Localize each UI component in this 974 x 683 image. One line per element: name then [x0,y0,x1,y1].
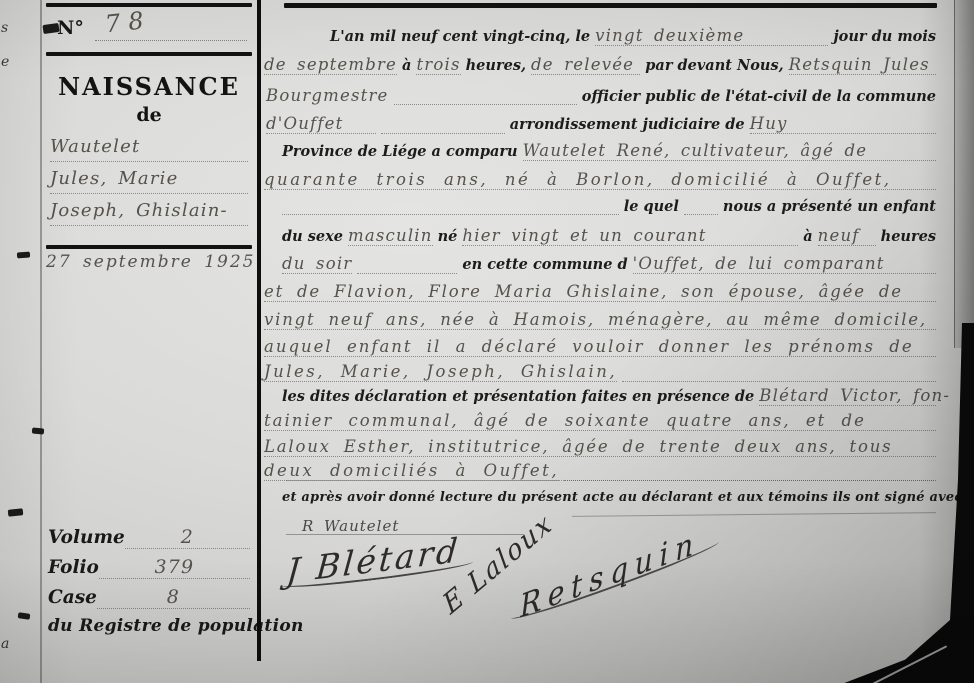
handwritten-entry: Retsquin Jules [789,55,936,75]
signature-rule [572,512,936,517]
act-line: les dites déclaration et présentation fa… [282,386,936,406]
printed-text: en cette commune d [462,256,627,273]
act-line: auquel enfant il a déclaré vouloir donne… [264,337,936,357]
fill-line [286,480,934,481]
fill-line [684,210,718,215]
act-line: Laloux Esther, institutrice, âgée de tre… [264,437,936,457]
birth-record-scan: s e a N° 78 NAISSANCE de Wautelet Jules,… [0,0,974,683]
case-value: 8 [97,586,250,609]
act-line: du soir en cette commune d 'Ouffet, de l… [282,254,936,274]
child-forenames-1: Jules, Marie [50,168,248,194]
fill-line [394,100,577,105]
handwritten-entry: d'Ouffet [266,114,376,134]
act-type-subtitle: de [46,104,252,126]
act-line: Bourgmestre officier public de l'état-ci… [266,86,936,105]
registry-folio-row: Folio 379 [48,556,250,579]
handwritten-entry: 'Ouffet, de lui comparant [633,254,936,274]
printed-text: les dites déclaration et présentation fa… [282,388,754,405]
fill-line [357,269,457,274]
printed-text: L'an mil neuf cent vingt-cinq, le [330,28,590,45]
act-type-title: NAISSANCE [46,72,252,101]
printed-text: heures, [466,57,526,74]
fill-line [282,210,619,215]
declarant-signature: R Wautelet [302,517,399,535]
handwritten-entry: Wautelet René, cultivateur, âgé de [523,141,936,161]
act-line: vingt neuf ans, née à Hamois, ménagère, … [264,310,936,330]
act-line: d'Ouffet arrondissement judiciaire de Hu… [266,114,936,134]
handwritten-entry: neuf [818,226,876,246]
edge-text-fragment: e [1,54,9,70]
registry-footer: du Registre de population [48,616,304,636]
handwritten-entry: du soir [282,254,352,274]
act-line: Jules, Marie, Joseph, Ghislain, [264,362,936,382]
margin-rule-under-number [46,52,252,56]
act-line: et de Flavion, Flore Maria Ghislaine, so… [264,282,936,302]
act-line: tainier communal, âgé de soixante quatre… [264,411,936,431]
margin-rule-under-names [46,245,252,249]
record-number-value: 78 [104,6,153,39]
handwritten-entry: Blétard Victor, fon- [759,386,936,406]
handwritten-entry: trois [416,55,460,75]
handwritten-entry: tainier communal, âgé de soixante quatre… [264,411,936,431]
binding-stitch-mark [32,427,45,434]
child-forenames-2: Joseph, Ghislain- [50,200,248,226]
act-line: et après avoir donné lecture du présent … [282,490,936,505]
edge-text-fragment: a [1,636,9,652]
handwritten-entry: Huy [750,114,936,134]
handwritten-entry: vingt neuf ans, née à Hamois, ménagère, … [264,310,936,330]
registry-case-row: Case 8 [48,586,250,609]
act-line: quarante trois ans, né à Borlon, domicil… [264,170,936,190]
act-line: du sexe masculin né hier vingt et un cou… [282,226,936,246]
edge-text-fragment: s [1,20,8,36]
printed-text: du sexe [282,228,343,245]
handwritten-entry: quarante trois ans, né à Borlon, domicil… [264,170,936,190]
handwritten-entry: Laloux Esther, institutrice, âgée de tre… [264,437,936,457]
act-line: le quel nous a présenté un enfant [282,198,936,215]
record-number-fill-line [95,40,247,41]
underlying-page-edge [954,0,974,348]
act-line: de septembre à trois heures, de relevée … [264,55,936,75]
printed-text: né [438,228,458,245]
act-line: Province de Liége a comparu Wautelet Ren… [282,141,936,161]
printed-closing-text: et après avoir donné lecture du présent … [282,490,974,505]
printed-text: à [402,57,411,74]
printed-text: le quel [624,198,679,215]
printed-text: heures [881,228,936,245]
column-divider-rule [257,0,261,661]
case-label: Case [48,587,97,608]
handwritten-entry: Bourgmestre [266,86,389,105]
binding-stitch-mark [17,252,30,259]
main-rule-top [284,3,937,8]
printed-text: par devant Nous, [645,57,783,74]
printed-text: officier public de l'état-civil de la co… [582,88,936,105]
folio-value: 379 [99,556,250,579]
handwritten-entry: de septembre [264,55,397,75]
fill-line [622,377,936,382]
record-number-label: N° [57,17,84,39]
registry-volume-row: Volume 2 [48,526,250,549]
act-line: L'an mil neuf cent vingt-cinq, le vingt … [282,26,936,46]
printed-text: à [803,228,812,245]
handwritten-entry: et de Flavion, Flore Maria Ghislaine, so… [264,282,936,302]
folio-label: Folio [48,557,99,578]
handwritten-entry: vingt deuxième [595,26,828,46]
handwritten-entry: Jules, Marie, Joseph, Ghislain, [264,362,617,382]
act-line: deux domiciliés à Ouffet, [264,461,936,481]
child-surname: Wautelet [50,136,248,162]
printed-text: arrondissement judiciaire de [510,116,745,133]
volume-label: Volume [48,527,125,548]
printed-text: Province de Liége a comparu [282,143,518,160]
printed-text: jour du mois [833,28,936,45]
binding-stitch-mark [8,508,24,517]
handwritten-entry: hier vingt et un courant [462,226,798,246]
handwritten-entry: auquel enfant il a déclaré vouloir donne… [264,337,936,357]
witness1-signature: J Blétard [285,530,462,591]
printed-text: nous a présenté un enfant [723,198,936,215]
binding-crease [40,0,42,683]
handwritten-entry: masculin [348,226,433,246]
handwritten-entry: de relevée [531,55,640,75]
act-date: 27 septembre 1925 [46,252,261,272]
handwritten-entry: deux domiciliés à Ouffet, [264,461,559,481]
binding-stitch-mark [18,612,31,620]
fill-line [381,129,505,134]
volume-value: 2 [125,526,250,549]
